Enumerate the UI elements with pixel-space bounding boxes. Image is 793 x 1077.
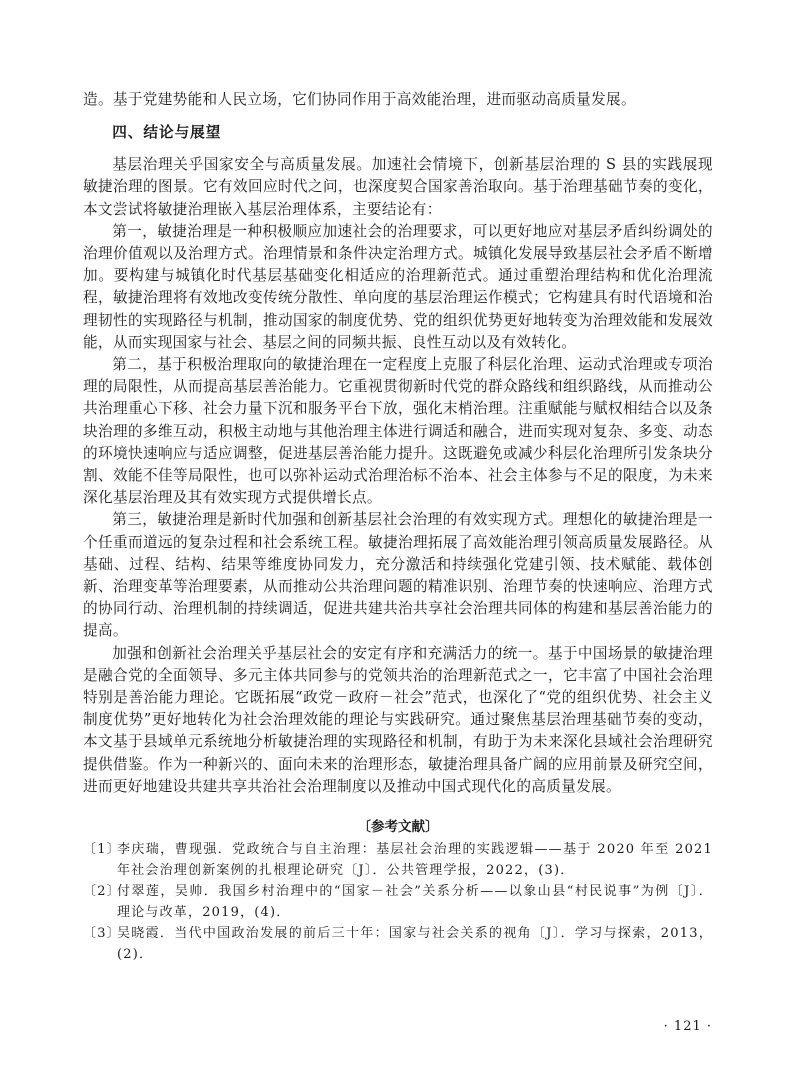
body-paragraph-third: 第三，敏捷治理是新时代加强和创新基层社会治理的有效实现方式。理想化的敏捷治理是一… xyxy=(83,509,713,642)
reference-number: 〔3〕 xyxy=(83,923,117,965)
reference-text: 吴晓霞．当代中国政治发展的前后三十年：国家与社会关系的视角〔J〕．学习与探索，2… xyxy=(117,923,713,965)
reference-text: 李庆瑞，曹现强．党政统合与自主治理：基层社会治理的实践逻辑——基于 2020 年… xyxy=(117,839,713,881)
continuation-paragraph: 造。基于党建势能和人民立场，它们协同作用于高效能治理，进而驱动高质量发展。 xyxy=(83,89,713,111)
page-body: 造。基于党建势能和人民立场，它们协同作用于高效能治理，进而驱动高质量发展。 四、… xyxy=(83,89,713,965)
section-heading: 四、结论与展望 xyxy=(83,122,713,144)
body-paragraph-intro: 基层治理关乎国家安全与高质量发展。加速社会情境下，创新基层治理的 S 县的实践展… xyxy=(83,154,713,221)
reference-item: 〔3〕 吴晓霞．当代中国政治发展的前后三十年：国家与社会关系的视角〔J〕．学习与… xyxy=(83,923,713,965)
references-title: 〔参考文献〕 xyxy=(83,817,713,837)
body-paragraph-closing: 加强和创新社会治理关乎基层社会的安定有序和充满活力的统一。基于中国场景的敏捷治理… xyxy=(83,643,713,798)
body-paragraph-second: 第二，基于积极治理取向的敏捷治理在一定程度上克服了科层化治理、运动式治理或专项治… xyxy=(83,354,713,509)
page-number: · 121 · xyxy=(664,1019,712,1034)
body-paragraph-first: 第一，敏捷治理是一种积极顺应加速社会的治理要求，可以更好地应对基层矛盾纠纷调处的… xyxy=(83,221,713,354)
reference-item: 〔2〕 付翠莲，吴帅．我国乡村治理中的“国家－社会”关系分析——以象山县“村民说… xyxy=(83,881,713,923)
reference-number: 〔2〕 xyxy=(83,881,117,923)
reference-text: 付翠莲，吴帅．我国乡村治理中的“国家－社会”关系分析——以象山县“村民说事”为例… xyxy=(117,881,713,923)
reference-item: 〔1〕 李庆瑞，曹现强．党政统合与自主治理：基层社会治理的实践逻辑——基于 20… xyxy=(83,839,713,881)
reference-number: 〔1〕 xyxy=(83,839,117,881)
